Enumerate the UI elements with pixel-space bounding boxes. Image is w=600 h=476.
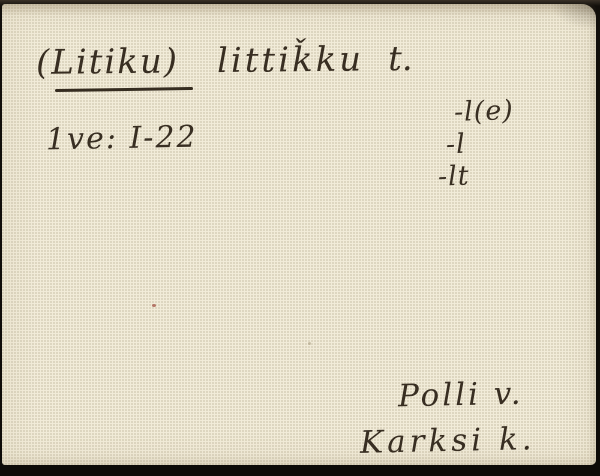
- headword-underline: [55, 87, 193, 92]
- dialect-form: littiǩku: [217, 43, 364, 79]
- headword: (Litiku): [36, 44, 179, 79]
- headword-line: (Litiku) littiǩku t.: [36, 42, 413, 80]
- corner-scan-shadow: [550, 4, 596, 30]
- case-ending-allative: -l(e): [454, 97, 515, 126]
- grey-scan-speck: [308, 342, 311, 345]
- case-ending-ablative: -lt: [438, 162, 471, 190]
- source-reference: 1ve: I-22: [46, 123, 198, 156]
- place-parish: Karksi k.: [360, 424, 536, 459]
- case-ending-adessive: -l: [446, 131, 467, 159]
- place-village: Polli v.: [398, 379, 524, 413]
- scanned-card-image: (Litiku) littiǩku t. 1ve: I-22 -l(e) -l …: [0, 0, 600, 476]
- red-ink-speck: [152, 304, 156, 307]
- index-card: (Litiku) littiǩku t. 1ve: I-22 -l(e) -l …: [2, 4, 596, 465]
- pos-abbreviation: t.: [388, 42, 413, 76]
